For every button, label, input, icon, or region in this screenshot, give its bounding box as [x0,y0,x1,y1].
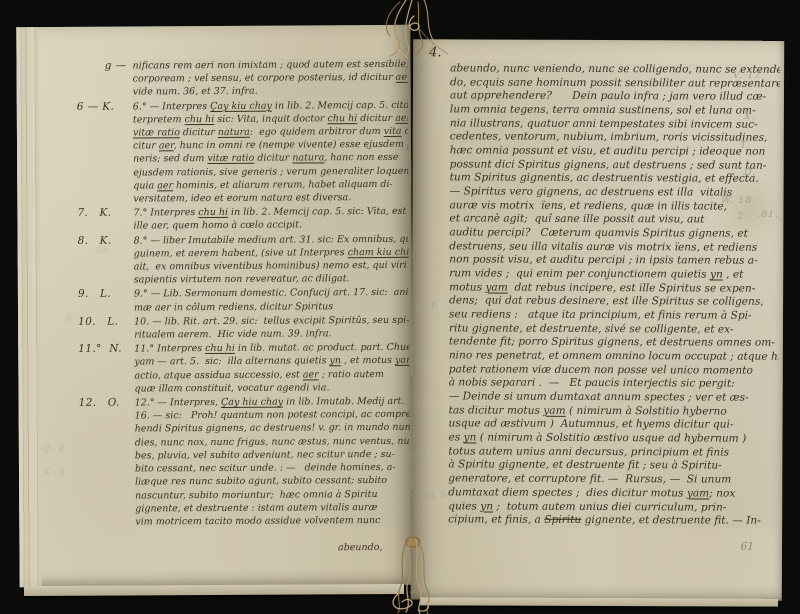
manuscript-line: yam — art. 5. sic: illa alternans quieti… [134,354,409,369]
bleed-through-mark: Q - 4 [42,444,64,454]
entry-text: 6.° — Interpres Çay kiu chay in lib. 2. … [133,98,409,205]
manuscript-line: actio, atque assidua successio, est aer … [134,367,409,382]
manuscript-line: nino res penetrat, et omnem omnino locum… [449,349,779,364]
manuscript-line: neris; sed dum vitæ ratio dicitur natura… [133,151,408,166]
manuscript-line: à nobis separari . — Et paucis interject… [449,377,779,392]
left-page: g —nificans rem aeri non imixtam ; quod … [16,25,413,587]
right-page: 4. abeundo, nunc veniendo, nunc se colli… [411,39,784,601]
gutter-pencil-note: 15. R. [403,451,430,463]
manuscript-line: dens; qui dat rebus desinere, est ille S… [449,295,779,310]
manuscript-line: nia illustrans, quatuor anni tempestates… [450,117,780,132]
manuscript-line: quæ illam constituit, vocatur agendi via… [134,381,409,396]
entry-number-label: 12. O. [79,397,136,529]
margin-pencil-note: 2. [737,211,748,222]
manuscript-entry: 9. L.9.° — Lib. Sermonum domestic. Confu… [78,286,409,314]
entry-text: 9.° — Lib. Sermonum domestic. Confucij a… [134,286,409,314]
manuscript-line: motus yam dat rebus incipere, est ille S… [449,281,779,296]
manuscript-line: lum omnia tegens, terra omnia sustinens,… [450,103,780,118]
manuscript-entry: 12. O.12.° — Interpres, Çay hiu chay in … [79,395,411,529]
bleed-through-mark: K - 5 [44,468,65,478]
left-page-under-edge [24,584,404,596]
margin-pencil-note: D. [744,167,756,178]
manuscript-line: abeundo, nunc veniendo, nunc se colligen… [450,62,780,77]
right-page-under-edge [420,597,778,606]
manuscript-line: usque ad æstivum ) Autumnus, et hyems di… [449,418,779,433]
folio-pencil-number: 61 [741,541,754,553]
manuscript-entry: 10. L.10. — lib. Rit. art. 29. sic: tell… [78,314,409,342]
margin-pencil-note: X. [744,111,756,122]
manuscript-line: — Deinde si unum dumtaxat annum spectes … [449,390,779,405]
manuscript-line: dumtaxat diem spectes ; dies dicitur mot… [448,486,778,501]
manuscript-line: tas dicitur motus yam ( nimirum à Solsti… [449,404,779,419]
manuscript-line: corpoream ; vel sensu, et corpore poster… [133,71,408,86]
manuscript-line: quia aer hominis, et aliarum rerum, habe… [133,178,408,193]
manuscript-line: es yn ( nimirum à Solstitio æstivo usque… [448,431,778,446]
manuscript-line: vide num. 36, et 37. infra. [133,84,408,99]
manuscript-line: sapientis virtutem non revereatur, ac di… [134,272,409,287]
manuscript-line: vim motricem tacito modo assidue volvent… [135,514,410,529]
binding-thread-bottom-icon [376,536,456,614]
manuscript-line: hæc omnia possunt et visu, et auditu per… [450,144,780,159]
entry-number-label: 7. K. [77,207,133,234]
manuscript-line: cipium, et finis, a Spiritu gignente, et… [448,514,778,529]
manuscript-line: 7.° Interpres chu hi in lib. 2. Memcij c… [133,205,408,220]
manuscript-line: totus autem unius anni decursus, princip… [448,445,778,460]
manuscript-scan: g —nificans rem aeri non imixtam ; quod … [0,0,800,614]
manuscript-line: patet rationem viæ ducem non posse vel u… [449,363,779,378]
binding-thread-top-icon [368,0,452,62]
manuscript-line: hendi Spiritus gignens, ac destruens! v.… [135,421,410,436]
manuscript-line: quies yn ; totum autem unius diei curric… [448,500,778,515]
gutter-pencil-note: 16. S. [423,490,450,502]
manuscript-line: tendente fit; porro Spiritus gignens, et… [449,336,779,351]
manuscript-line: ille aer, quem homo à cœlo accipit. [133,218,408,233]
left-page-entries: g —nificans rem aeri non imixtam ; quod … [76,58,410,530]
manuscript-line: rum vides ; qui enim per conjunctionem q… [449,267,779,282]
entry-number-label: 6 — K. [77,100,134,206]
gutter-pencil-note: 13. P. [414,302,439,314]
margin-pencil-note: W. 18. [721,195,756,206]
margin-pencil-note: V. 17 [733,70,761,81]
manuscript-line: ritu gignente, et destruente, sivé se co… [449,322,779,337]
manuscript-entry: 6 — K.6.° — Interpres Çay kiu chay in li… [77,98,409,206]
entry-number-label: 9. L. [78,288,134,315]
manuscript-line: generatore, et corruptore fit. — Rursus,… [448,473,778,488]
manuscript-line: non possit visu, et auditu percipi ; in … [449,254,779,269]
manuscript-entry: 8. K.8.° — liber Imutabile medium art. 3… [78,232,409,287]
bleed-through-mark: 3. [64,314,73,325]
manuscript-line: seu rediens : atque ita principium, et f… [449,308,779,323]
entry-text: nificans rem aeri non imixtam ; quod aut… [132,58,407,99]
margin-pencil-note: .81. [757,209,779,220]
entry-text: 12.° — Interpres, Çay hiu chay in lib. I… [135,395,411,529]
left-page-edge-stack [16,27,41,587]
entry-number-label: 10. L. [78,315,134,342]
manuscript-line: ait, ex omnibus viventibus hominibus) ne… [134,259,409,274]
manuscript-line: possunt dici Spiritus gignens, aut destr… [450,158,780,173]
manuscript-line: destruens, seu illa vitalis auræ vis mot… [449,240,779,255]
bleed-through-mark: 35. [96,246,110,256]
manuscript-entry: 11.° N.11.° Interpres chu hi in lib. mut… [78,341,409,396]
manuscript-line: versitatem, ideo et eorum natura est div… [133,191,408,206]
manuscript-line: aut apprehendere? Dein paulo infra ; jam… [450,90,780,105]
manuscript-entry: g —nificans rem aeri non imixtam ; quod … [76,58,407,100]
entry-text: 10. — lib. Rit. art. 29. sic: tellus exc… [134,314,409,342]
manuscript-line: auditu percipi? Cæterum quamvis Spiritus… [449,226,779,241]
catchword: abeundo, [79,542,410,555]
manuscript-line: 9.° — Lib. Sermonum domestic. Confucij a… [134,286,409,301]
entry-text: 8.° — liber Imutabile medium art. 31. si… [134,232,409,286]
manuscript-line: ritualem aerem. Hic vide num. 39. infra. [134,327,409,342]
manuscript-line: nascuntur, subito moriuntur; hæc omnia à… [135,487,410,502]
margin-pencil-note: T. [740,140,750,151]
manuscript-line: tum Spiritus gignentis, ac destruentis v… [450,172,780,187]
manuscript-line: do, ecquis sane hominum possit sensibili… [450,76,780,91]
manuscript-line: 10. — lib. Rit. art. 29. sic: tellus exc… [134,314,409,329]
entry-text: 7.° Interpres chu hi in lib. 2. Memcij c… [133,205,408,233]
manuscript-line: liæque res nunc subito agunt, subito ces… [135,474,410,489]
entry-number-label: 11.° N. [78,343,134,396]
manuscript-line: cedentes, ventorum, nubium, imbrium, ror… [450,131,780,146]
entry-number-label: 8. K. [78,234,134,287]
manuscript-line: mæ aer in côlum rediens, dicitur Spiritu… [134,299,409,314]
manuscript-entry: 7. K.7.° Interpres chu hi in lib. 2. Mem… [77,205,408,233]
manuscript-line: et arcanè agit; quî sane ille possit aut… [449,213,779,228]
entry-text: 11.° Interpres chu hi in lib. mutat. ac … [134,341,409,395]
entry-number-label: g — [76,59,132,99]
right-page-lines: abeundo, nunc veniendo, nunc se colligen… [448,62,780,528]
manuscript-line: à Spiritu gignente, et destruente fit ; … [448,459,778,474]
